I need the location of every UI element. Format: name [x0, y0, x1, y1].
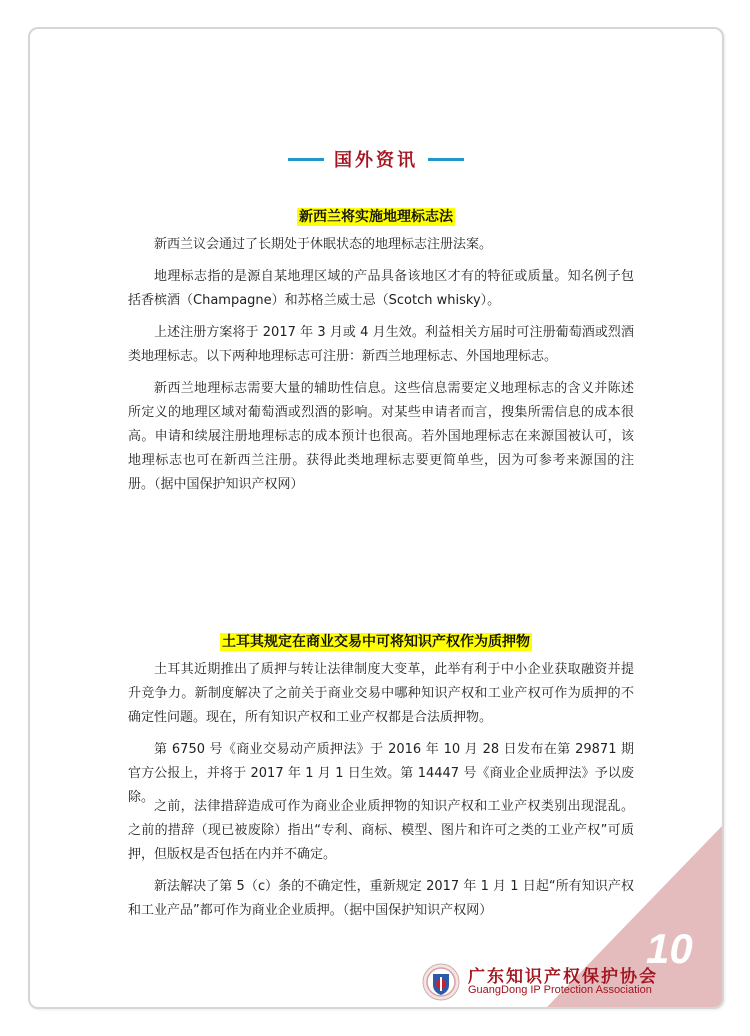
header-rule-left — [288, 158, 324, 161]
section-title: 国外资讯 — [334, 146, 418, 172]
paragraph: 新西兰地理标志需要大量的辅助性信息。这些信息需要定义地理标志的含义并陈述所定义的… — [128, 377, 634, 497]
paragraph: 新西兰议会通过了长期处于休眠状态的地理标志注册法案。 — [128, 233, 634, 257]
article-title: 土耳其规定在商业交易中可将知识产权作为质押物 — [30, 631, 722, 651]
org-name-en: GuangDong IP Protection Association — [468, 984, 652, 996]
paragraph: 地理标志指的是源自某地理区域的产品具备该地区才有的特征或质量。知名例子包括香槟酒… — [128, 265, 634, 313]
page-number: 10 — [646, 925, 693, 973]
article-title: 新西兰将实施地理标志法 — [30, 206, 722, 226]
document-page: 国外资讯 新西兰将实施地理标志法 新西兰议会通过了长期处于休眠状态的地理标志注册… — [28, 27, 724, 1009]
section-header: 国外资讯 — [30, 145, 722, 173]
header-rule-right — [428, 158, 464, 161]
paragraph: 土耳其近期推出了质押与转让法律制度大变革，此举有利于中小企业获取融资并提升竞争力… — [128, 658, 634, 730]
association-emblem-icon — [422, 963, 460, 1001]
paragraph: 之前，法律措辞造成可作为商业企业质押物的知识产权和工业产权类别出现混乱。之前的措… — [128, 795, 634, 867]
article-title-text: 土耳其规定在商业交易中可将知识产权作为质押物 — [220, 633, 532, 651]
paragraph: 新法解决了第 5（c）条的不确定性，重新规定 2017 年 1 月 1 日起“所… — [128, 875, 634, 923]
paragraph: 上述注册方案将于 2017 年 3 月或 4 月生效。利益相关方届时可注册葡萄酒… — [128, 321, 634, 369]
article-title-text: 新西兰将实施地理标志法 — [297, 208, 455, 226]
